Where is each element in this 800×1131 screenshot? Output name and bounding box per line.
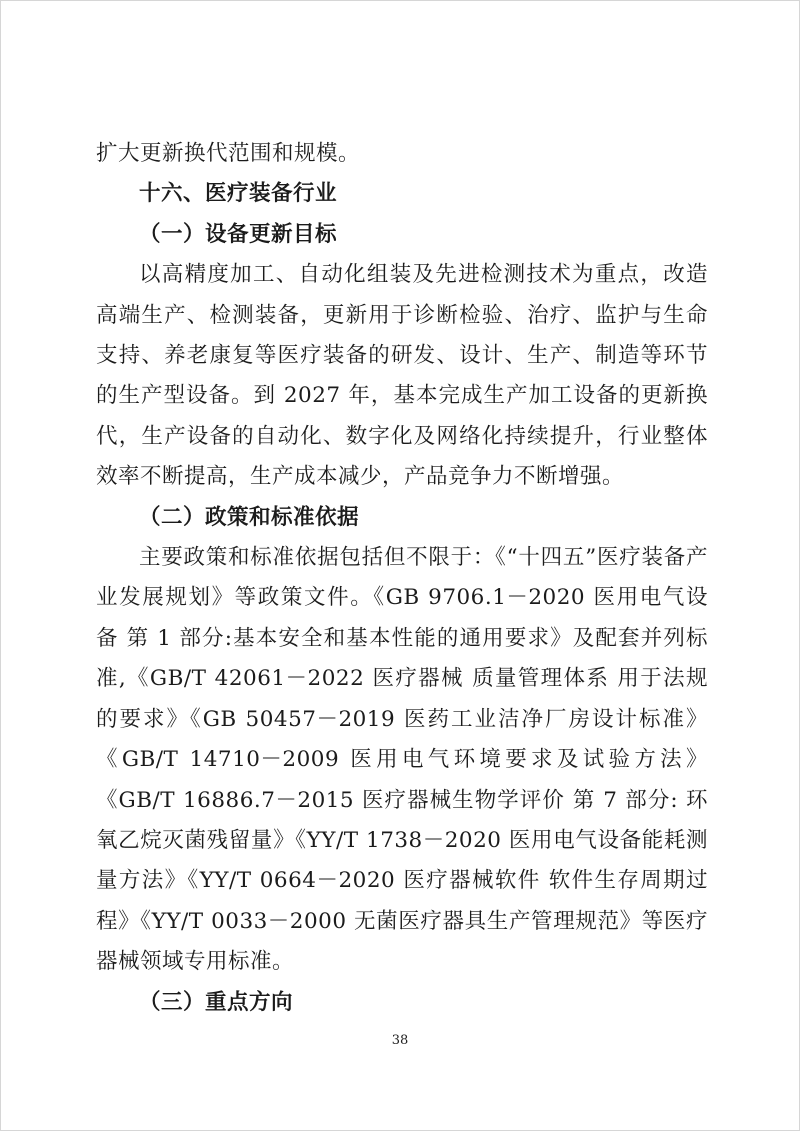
page-number: 38 <box>1 1033 799 1048</box>
subsection-heading-policy-standards: （二）政策和标准依据 <box>96 498 708 538</box>
document-page: 扩大更新换代范围和规模。 十六、医疗装备行业 （一）设备更新目标 以高精度加工、… <box>0 0 800 1131</box>
subsection-heading-equipment-update-goals: （一）设备更新目标 <box>96 215 708 255</box>
paragraph-equipment-update-goals: 以高精度加工、自动化组装及先进检测技术为重点，改造高端生产、检测装备，更新用于诊… <box>96 255 708 497</box>
subsection-heading-key-directions: （三）重点方向 <box>96 983 708 1023</box>
paragraph-continuation: 扩大更新换代范围和规模。 <box>96 134 708 174</box>
document-text-block: 扩大更新换代范围和规模。 十六、医疗装备行业 （一）设备更新目标 以高精度加工、… <box>96 134 708 1023</box>
paragraph-policy-standards: 主要政策和标准依据包括但不限于：《“十四五”医疗装备产业发展规划》等政策文件。《… <box>96 538 708 982</box>
section-heading-medical-equipment: 十六、医疗装备行业 <box>96 174 708 214</box>
